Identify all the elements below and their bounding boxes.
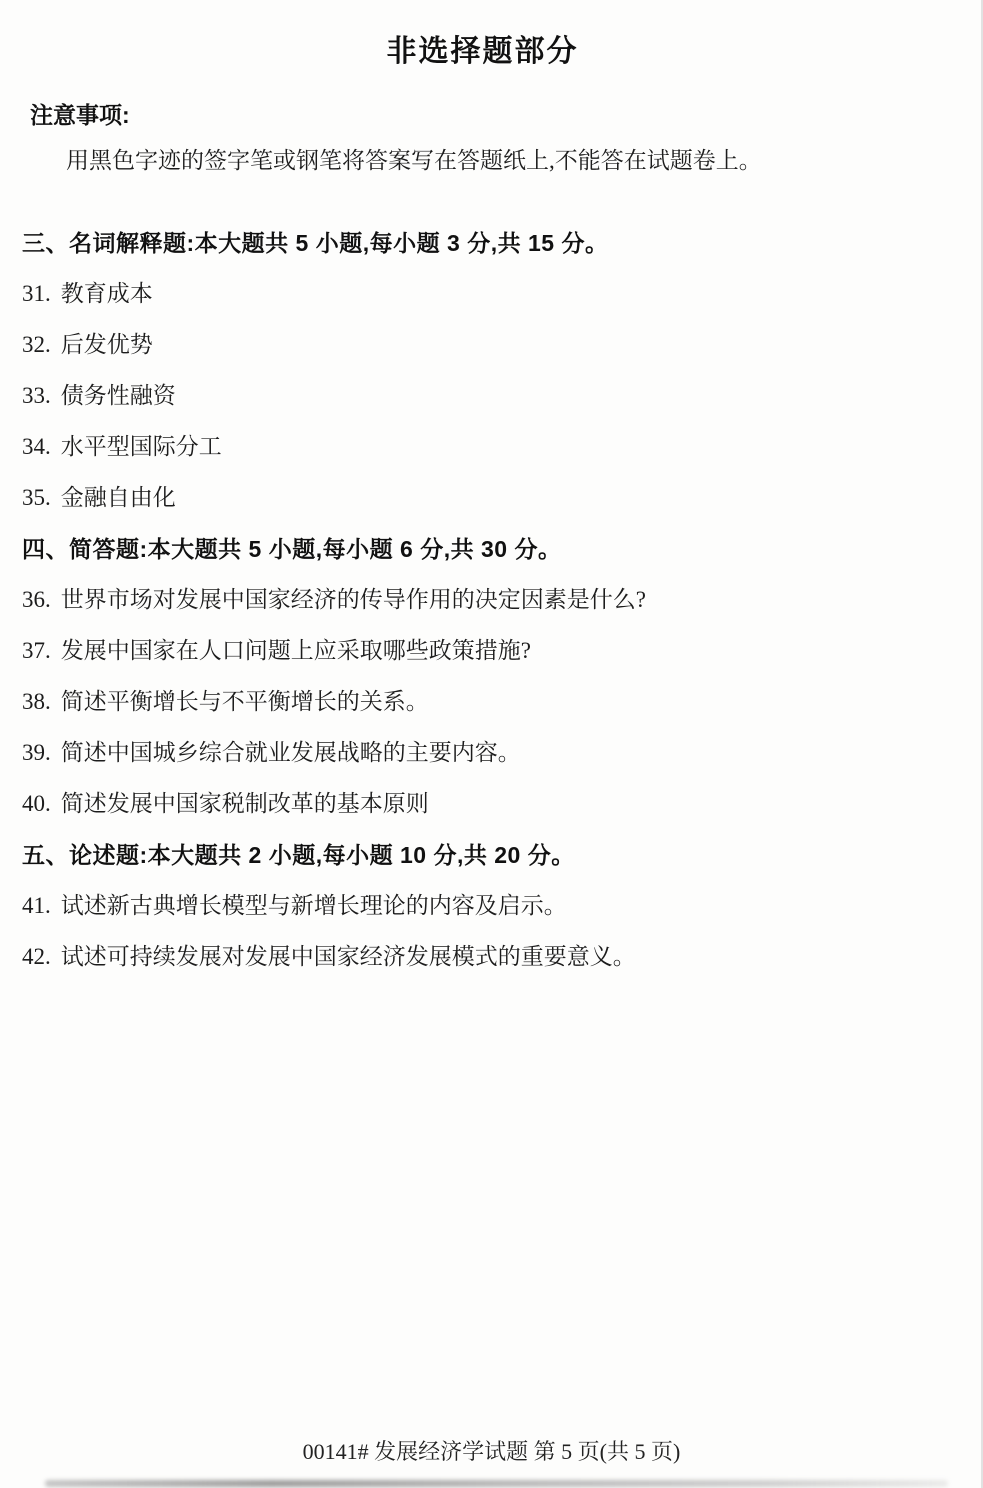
section-heading-4: 四、简答题:本大题共 5 小题,每小题 6 分,共 30 分。 [22,534,943,564]
question-text: 简述发展中国家税制改革的基本原则 [61,791,429,816]
question-number: 36. [22,585,51,615]
section-heading-5: 五、论述题:本大题共 2 小题,每小题 10 分,共 20 分。 [22,840,943,870]
question-text: 水平型国际分工 [61,434,222,459]
question-40: 40.简述发展中国家税制改革的基本原则 [22,789,943,819]
question-number: 35. [22,483,51,513]
question-number: 33. [22,381,51,411]
question-text: 世界市场对发展中国家经济的传导作用的决定因素是什么? [61,587,646,612]
question-number: 31. [22,279,51,309]
question-text: 后发优势 [61,332,153,357]
question-36: 36.世界市场对发展中国家经济的传导作用的决定因素是什么? [22,585,943,615]
question-text: 发展中国家在人口问题上应采取哪些政策措施? [61,638,531,663]
question-34: 34.水平型国际分工 [22,432,943,462]
question-number: 41. [22,891,51,921]
question-38: 38.简述平衡增长与不平衡增长的关系。 [22,687,943,717]
notice-body: 用黑色字迹的签字笔或钢笔将答案写在答题纸上,不能答在试题卷上。 [66,146,943,176]
question-41: 41.试述新古典增长模型与新增长理论的内容及启示。 [22,891,943,921]
question-number: 40. [22,789,51,819]
exam-paper-page: 非选择题部分 注意事项: 用黑色字迹的签字笔或钢笔将答案写在答题纸上,不能答在试… [0,0,983,1488]
question-35: 35.金融自由化 [22,483,943,513]
question-number: 32. [22,330,51,360]
question-text: 试述新古典增长模型与新增长理论的内容及启示。 [61,893,567,918]
question-31: 31.教育成本 [22,279,943,309]
question-number: 38. [22,687,51,717]
question-text: 金融自由化 [61,485,176,510]
question-number: 34. [22,432,51,462]
question-number: 42. [22,942,51,972]
question-39: 39.简述中国城乡综合就业发展战略的主要内容。 [22,738,943,768]
question-33: 33.债务性融资 [22,381,943,411]
page-title: 非选择题部分 [22,32,943,72]
notice-heading: 注意事项: [30,100,943,130]
question-number: 39. [22,738,51,768]
scan-artifact-band [45,1480,948,1487]
section-heading-3: 三、名词解释题:本大题共 5 小题,每小题 3 分,共 15 分。 [22,228,943,258]
page-content: 非选择题部分 注意事项: 用黑色字迹的签字笔或钢笔将答案写在答题纸上,不能答在试… [0,32,983,972]
question-text: 简述平衡增长与不平衡增长的关系。 [61,689,429,714]
question-text: 债务性融资 [61,383,176,408]
page-footer: 00141# 发展经济学试题 第 5 页(共 5 页) [0,1438,983,1466]
question-text: 试述可持续发展对发展中国家经济发展模式的重要意义。 [61,944,636,969]
question-32: 32.后发优势 [22,330,943,360]
question-text: 教育成本 [61,281,153,306]
question-42: 42.试述可持续发展对发展中国家经济发展模式的重要意义。 [22,942,943,972]
question-number: 37. [22,636,51,666]
question-text: 简述中国城乡综合就业发展战略的主要内容。 [61,740,521,765]
question-37: 37.发展中国家在人口问题上应采取哪些政策措施? [22,636,943,666]
